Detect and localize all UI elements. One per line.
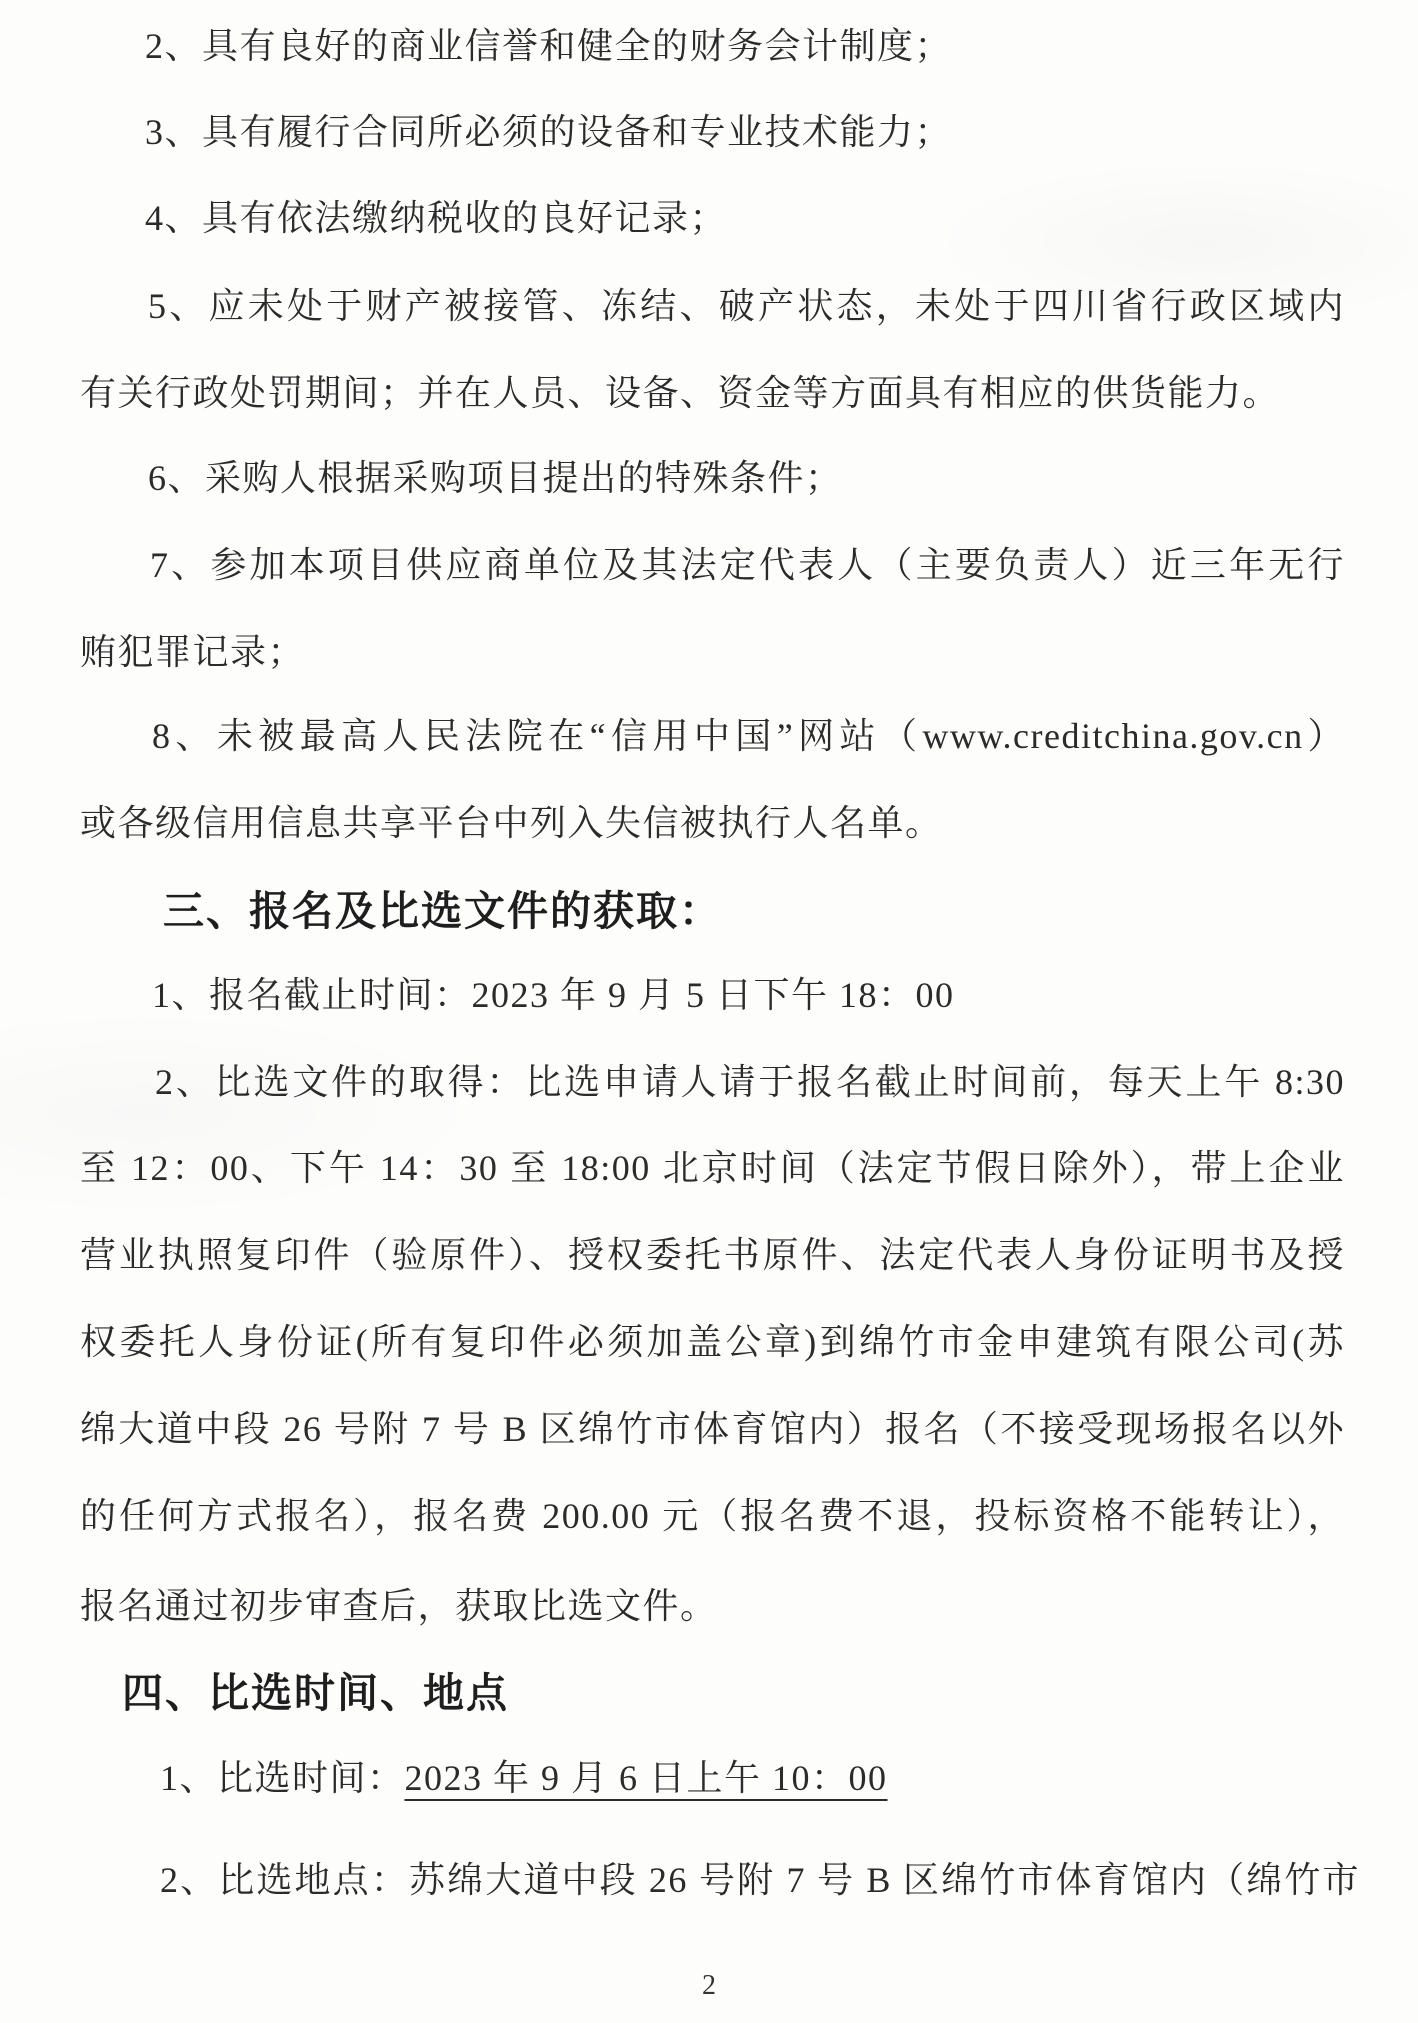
registration-deadline: 1、报名截止时间：2023 年 9 月 5 日下午 18：00 [152,975,955,1016]
comparison-time-label: 1、比选时间： [160,1758,405,1798]
item-8-creditchina-line-1: 8、未被最高人民法院在“信用中国”网站（www.creditchina.gov.… [152,716,1345,757]
page-number: 2 [0,1970,1418,2002]
item-3-equipment-capability: 3、具有履行合同所必须的设备和专业技术能力； [145,112,952,153]
document-obtain-line-4: 权委托人身份证(所有复印件必须加盖公章)到绵竹市金申建筑有限公司(苏 [80,1322,1345,1363]
item-4-tax-record: 4、具有依法缴纳税收的良好记录； [145,198,727,239]
section-heading-time-place: 四、比选时间、地点 [122,1670,509,1717]
item-5-asset-status-line-1: 5、应未处于财产被接管、冻结、破产状态，未处于四川省行政区域内 [148,286,1345,327]
document-obtain-line-7: 报名通过初步审查后，获取比选文件。 [80,1586,718,1627]
section-heading-registration: 三、报名及比选文件的获取： [163,888,722,935]
item-7-bribery-record-line-1: 7、参加本项目供应商单位及其法定代表人（主要负责人）近三年无行 [150,545,1345,586]
item-7-bribery-record-line-2: 贿犯罪记录； [80,632,305,673]
item-2-commercial-credit: 2、具有良好的商业信誉和健全的财务会计制度； [145,26,952,67]
item-5-asset-status-line-2: 有关行政处罚期间；并在人员、设备、资金等方面具有相应的供货能力。 [80,373,1280,414]
item-6-special-conditions: 6、采购人根据采购项目提出的特殊条件； [148,458,843,499]
document-obtain-line-5: 绵大道中段 26 号附 7 号 B 区绵竹市体育馆内）报名（不接受现场报名以外 [80,1409,1345,1450]
document-obtain-line-2: 至 12：00、下午 14：30 至 18:00 北京时间（法定节假日除外），带… [80,1148,1345,1189]
document-obtain-line-6: 的任何方式报名），报名费 200.00 元（报名费不退，投标资格不能转让）， [80,1496,1345,1537]
comparison-time-line: 1、比选时间：2023 年 9 月 6 日上午 10：00 [160,1758,888,1799]
comparison-time-underlined-date: 2023 年 9 月 6 日上午 10：00 [405,1758,888,1798]
document-page: 2、具有良好的商业信誉和健全的财务会计制度； 3、具有履行合同所必须的设备和专业… [0,0,1418,2023]
document-obtain-line-3: 营业执照复印件（验原件）、授权委托书原件、法定代表人身份证明书及授 [80,1235,1345,1276]
document-obtain-line-1: 2、比选文件的取得：比选申请人请于报名截止时间前，每天上午 8:30 [155,1062,1345,1103]
comparison-place-line: 2、比选地点：苏绵大道中段 26 号附 7 号 B 区绵竹市体育馆内（绵竹市 [160,1860,1360,1901]
item-8-creditchina-line-2: 或各级信用信息共享平台中列入失信被执行人名单。 [80,803,943,844]
